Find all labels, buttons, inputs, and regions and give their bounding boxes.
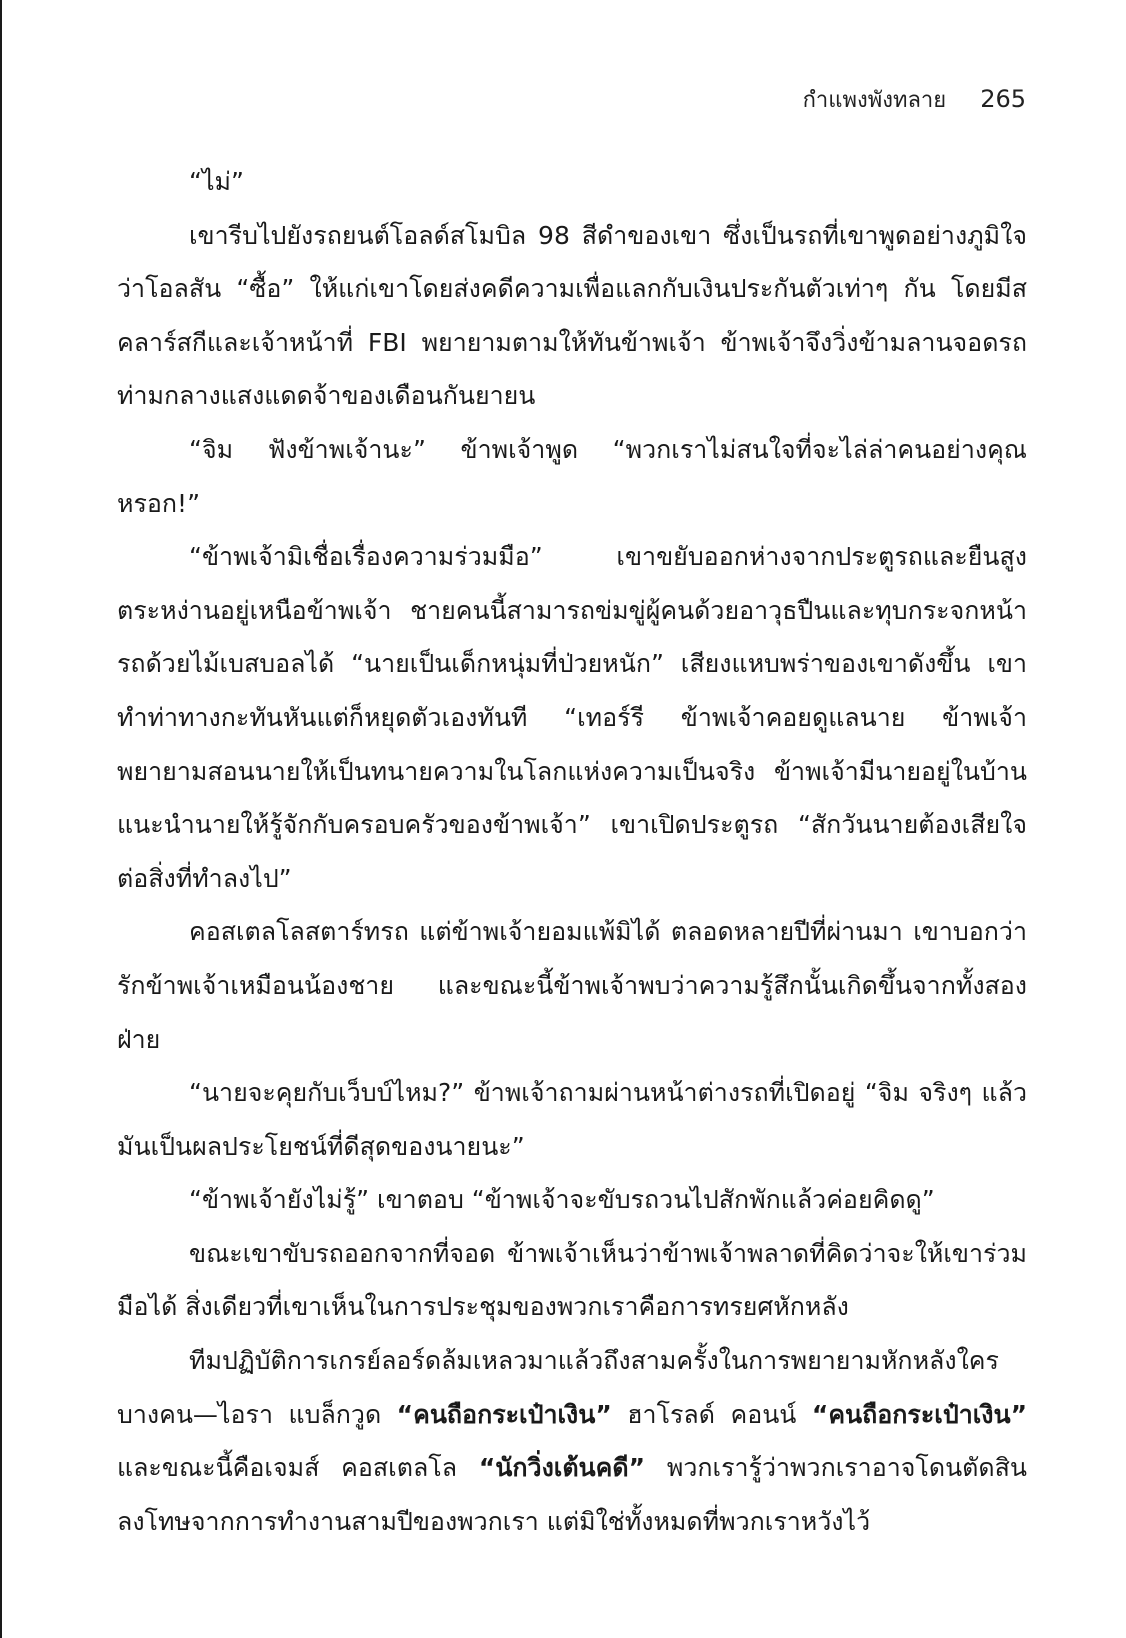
paragraph-text: ฮาโรลด์ คอนน์: [612, 1400, 812, 1429]
page-edge-border: [0, 0, 2, 1638]
bold-term: “นักวิ่งเต้นคดี”: [479, 1453, 645, 1482]
page-header: กำแพงพังทลาย 265: [803, 82, 1026, 117]
paragraph-2: เขารีบไปยังรถยนต์โอลด์สโมบิล 98 สีดำของเ…: [117, 209, 1027, 423]
paragraph-5: คอสเตลโลสตาร์ทรถ แต่ข้าพเจ้ายอมแพ้มิได้ …: [117, 905, 1027, 1066]
paragraph-8: ขณะเขาขับรถออกจากที่จอด ข้าพเจ้าเห็นว่าข…: [117, 1227, 1027, 1334]
paragraph-text: “ข้าพเจ้ามิเชื่อเรื่องความร่วมมือ” เขาขย…: [117, 542, 1027, 893]
paragraph-text: “นายจะคุยกับเว็บบ์ไหม?” ข้าพเจ้าถามผ่านห…: [117, 1078, 1027, 1161]
paragraph-text: ขณะเขาขับรถออกจากที่จอด ข้าพเจ้าเห็นว่าข…: [117, 1239, 1027, 1322]
paragraph-9: ทีมปฏิบัติการเกรย์ลอร์ดล้มเหลวมาแล้วถึงส…: [117, 1334, 1027, 1548]
paragraph-text: “จิม ฟังข้าพเจ้านะ” ข้าพเจ้าพูด “พวกเราไ…: [117, 435, 1027, 518]
paragraph-6: “นายจะคุยกับเว็บบ์ไหม?” ข้าพเจ้าถามผ่านห…: [117, 1066, 1027, 1173]
running-title: กำแพงพังทลาย: [803, 82, 947, 117]
paragraph-4: “ข้าพเจ้ามิเชื่อเรื่องความร่วมมือ” เขาขย…: [117, 530, 1027, 905]
paragraph-7: “ข้าพเจ้ายังไม่รู้” เขาตอบ “ข้าพเจ้าจะขั…: [117, 1173, 1027, 1227]
bold-term: “คนถือกระเป๋าเงิน”: [397, 1400, 612, 1429]
page-number: 265: [980, 85, 1026, 113]
paragraph-text: “ข้าพเจ้ายังไม่รู้” เขาตอบ “ข้าพเจ้าจะขั…: [189, 1185, 935, 1214]
body-text: “ไม่” เขารีบไปยังรถยนต์โอลด์สโมบิล 98 สี…: [117, 155, 1027, 1548]
paragraph-text: เขารีบไปยังรถยนต์โอลด์สโมบิล 98 สีดำของเ…: [117, 221, 1027, 411]
paragraph-text: และขณะนี้คือเจมส์ คอสเตลโล: [117, 1453, 479, 1482]
paragraph-text: คอสเตลโลสตาร์ทรถ แต่ข้าพเจ้ายอมแพ้มิได้ …: [117, 917, 1027, 1053]
paragraph-3: “จิม ฟังข้าพเจ้านะ” ข้าพเจ้าพูด “พวกเราไ…: [117, 423, 1027, 530]
bold-term: “คนถือกระเป๋าเงิน”: [812, 1400, 1027, 1429]
paragraph-1: “ไม่”: [117, 155, 1027, 209]
paragraph-text: “ไม่”: [189, 167, 244, 196]
